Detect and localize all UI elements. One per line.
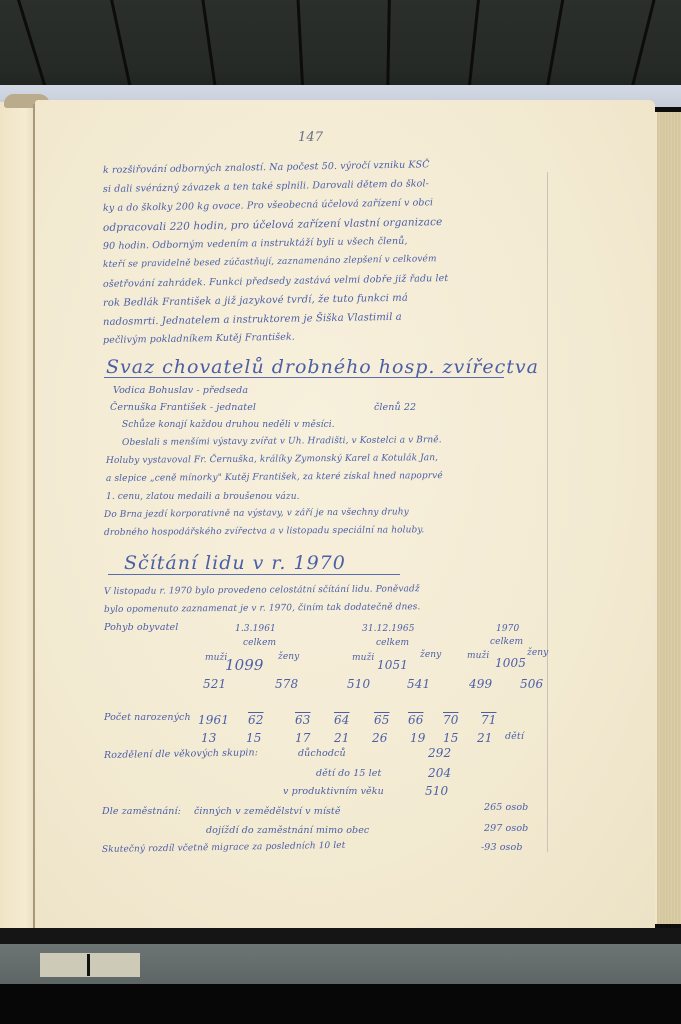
census-date: 1970	[496, 624, 519, 634]
birth-count: 21	[477, 731, 492, 745]
bottom-background	[0, 984, 681, 1024]
section-heading-census: Sčítání lidu v r. 1970	[124, 552, 346, 574]
birth-count: 17	[295, 731, 310, 745]
employment-row-label: činných v zemědělství v místě	[194, 806, 341, 817]
employment-label: Dle zaměstnání:	[102, 806, 181, 817]
birth-count: 15	[443, 731, 458, 745]
birth-count: 21	[334, 731, 349, 745]
birth-unit: dětí	[505, 731, 524, 742]
census-men-label: muži	[352, 653, 374, 663]
birth-count: 15	[246, 731, 261, 745]
scanner-backdrop	[0, 0, 681, 88]
census-total-label: celkem	[376, 638, 409, 648]
birth-year: 66	[408, 713, 423, 727]
age-group-label: dětí do 15 let	[316, 768, 381, 779]
census-women-label: ženy	[527, 648, 548, 658]
heading-underline	[104, 377, 504, 378]
scanner-label	[40, 953, 140, 977]
birth-year: 65	[374, 713, 389, 727]
page-stack-edge	[655, 112, 681, 924]
census-men-label: muži	[467, 651, 489, 661]
birth-year: 63	[295, 713, 310, 727]
scanner-label-mark	[87, 954, 90, 976]
officer-line: Vodica Bohuslav - předseda	[113, 385, 248, 396]
paragraph-line: Schůze konají každou druhou neděli v měs…	[122, 420, 335, 430]
census-date: 31.12.1965	[362, 624, 415, 634]
birth-count: 26	[372, 731, 387, 745]
census-women-label: ženy	[278, 652, 299, 662]
census-total-label: celkem	[490, 637, 523, 647]
census-men: 510	[347, 677, 370, 691]
age-group-value: 292	[428, 746, 451, 760]
employment-row-value: 297 osob	[484, 823, 528, 834]
age-group-label: v produktivním věku	[283, 786, 384, 797]
age-group-value: 204	[428, 766, 451, 780]
difference-value: -93 osob	[481, 842, 523, 853]
age-group-label: důchodců	[298, 748, 346, 759]
members-count: členů 22	[374, 402, 416, 413]
census-men: 521	[203, 677, 226, 691]
book-gutter	[33, 104, 35, 928]
birth-year: 1961	[198, 713, 229, 727]
heading-underline	[108, 574, 400, 575]
margin-line	[547, 172, 548, 852]
birth-year: 70	[443, 713, 458, 727]
census-total: 1005	[495, 656, 526, 670]
birth-count: 13	[201, 731, 216, 745]
census-women: 506	[520, 677, 543, 691]
page-number: 147	[298, 130, 323, 145]
birth-year: 62	[248, 713, 263, 727]
age-group-value: 510	[425, 784, 448, 798]
census-total: 1051	[377, 658, 408, 672]
census-women: 578	[275, 677, 298, 691]
census-total: 1099	[225, 656, 264, 674]
birth-count: 19	[410, 731, 425, 745]
census-men-label: muži	[205, 653, 227, 663]
paragraph-line: 1. cenu, zlatou medaili a broušenou vázu…	[106, 492, 300, 502]
census-women-label: ženy	[420, 650, 441, 660]
left-page-edge	[0, 102, 36, 930]
census-date: 1.3.1961	[235, 624, 276, 634]
officer-line: Černuška František - jednatel	[110, 402, 256, 413]
population-label: Pohyb obyvatel	[104, 622, 178, 633]
births-label: Počet narozených	[104, 712, 191, 723]
census-women: 541	[407, 677, 430, 691]
birth-year: 64	[334, 713, 349, 727]
census-total-label: celkem	[243, 638, 276, 648]
employment-row-label: dojíždí do zaměstnání mimo obec	[206, 825, 369, 836]
employment-row-value: 265 osob	[484, 802, 528, 813]
birth-year: 71	[481, 713, 496, 727]
book-shadow	[0, 928, 681, 944]
section-heading-breeders: Svaz chovatelů drobného hosp. zvířectva	[106, 356, 539, 378]
census-men: 499	[469, 677, 492, 691]
